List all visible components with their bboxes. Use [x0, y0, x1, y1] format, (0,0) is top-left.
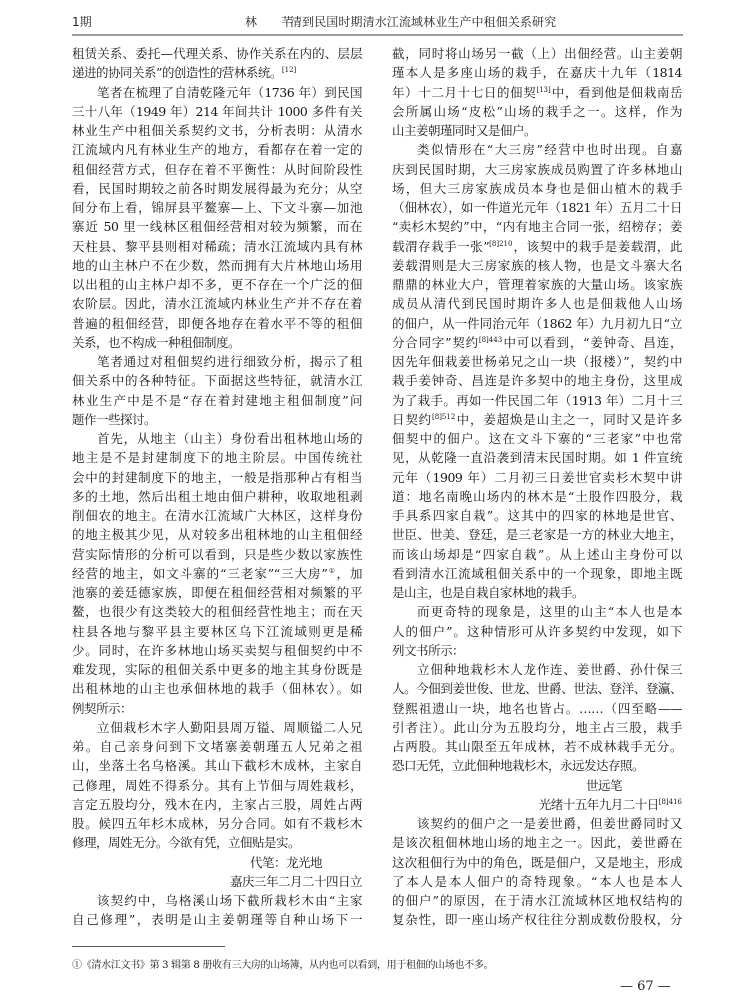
citation-marker: [8]416	[659, 798, 682, 806]
line-text: 光绪十五年九月二十日	[539, 797, 659, 812]
line-text: ，该契中的栽手是姜载渭，此	[512, 239, 682, 254]
contract-scribe-signature: 世远笔	[392, 776, 682, 795]
body-text-line: 地的山主林户不在少数，然而拥有大片林地山场用	[72, 256, 362, 275]
citation-marker: [8]443	[479, 336, 502, 344]
body-text-line: 姜载渭则是大三房家族的核人物，也是文斗寨大名	[392, 256, 682, 275]
body-text-line: 多的土地，然后出租土地由佃户耕种，收取地租剥	[72, 487, 362, 506]
body-text-line: 以出租的山主林户却不多，更不存在一个广泛的佃	[72, 275, 362, 294]
body-text-line: 佃关系中的各种特征。下面据这些特征，就清水江	[72, 371, 362, 390]
body-text-line: 少。同时，在许多林地山场买卖契与租佃契约中不	[72, 641, 362, 660]
body-text-line: 鼎鼎的林业大户，管理着家族的大量山场。该家族	[392, 275, 682, 294]
body-text-line: 的佃户”的原因，在于清水江流域林区地权结构的	[392, 891, 682, 910]
page-number: — 67 —	[620, 978, 671, 996]
body-text-line: 截，同时将山场另一截（上）出佃经营。山主姜朝	[392, 44, 682, 63]
paragraph-first-line: 笔者在梳理了自清乾隆元年（1736 年）到民国	[72, 83, 362, 102]
citation-marker: [12]	[282, 66, 296, 74]
footnote-divider	[72, 946, 225, 947]
body-text-line: 道：地名南晚山场内的林木是“土股作四股分，栽	[392, 487, 682, 506]
body-text-line: 难发现，实际的租佃关系中更多的地主其身份既是	[72, 660, 362, 679]
body-text-line: 地主是不是封建制度下的地主阶层。中国传统社	[72, 448, 362, 467]
body-text-line: 看，民国时期较之前各时期发展得最为充分；从空	[72, 179, 362, 198]
quoted-contract-line: 恐口无凭，立此佃种地栽杉木，永远发达存照。	[392, 756, 682, 775]
line-text: 分合同字”契约	[392, 335, 479, 350]
body-text-line: 经营的地主，如文斗寨的“三老家”“三大房”①，加	[72, 564, 362, 583]
citation-marker: [13]	[536, 86, 550, 94]
body-text-line: 成员从清代到民国时期许多人也是佃栽他人山场	[392, 294, 682, 313]
line-text: 中，看到他是佃栽南岳	[551, 85, 682, 100]
issue-number: 1期	[72, 14, 92, 30]
body-text-line: 见，从乾隆一直沿袭到清末民国时期。如 1 件宣统	[392, 448, 682, 467]
line-text: 日契约	[392, 412, 432, 427]
line-text: 经营的地主，如文斗寨的“三老家”“三大房”	[72, 566, 327, 581]
body-text-line: 三十八年（1949 年）214 年间共计 1000 多件有关	[72, 102, 362, 121]
body-text-line: 自己修理”，表明是山主姜朝瑾等自种山场下一	[72, 910, 362, 929]
body-text-line: 庆到民国时期，大三房家族成员购置了许多林地山	[392, 160, 682, 179]
body-text-line: 分合同字”契约[8]443中可以看到，“姜钟奇、昌连，	[392, 333, 682, 352]
body-text-line: 柱县各地与黎平县主要林区乌下江流域则更是稀	[72, 622, 362, 641]
body-text-line: 佃契中的佃户。这在文斗下寨的“三老家”中也常	[392, 429, 682, 448]
body-text-line: 农阶层。因此，清水江流域内林业生产并不存在着	[72, 294, 362, 313]
body-text-line: 会中的封建制度下的地主，一般是指那种占有相当	[72, 468, 362, 487]
footnote-marker: ①	[327, 567, 336, 575]
body-text-line: 林业生产中是不是“存在着封建地主租佃制度”问	[72, 391, 362, 410]
quoted-contract-line: 弟。自己亲身问到下文堵寨姜朝瑾五人兄弟之祖	[72, 737, 362, 756]
body-text-line: 出租林地的山主也承佃林地的栽手（佃林农）。如	[72, 679, 362, 698]
paragraph-first-line: 类似情形在“大三房”经营中也时出现。自嘉	[392, 140, 682, 159]
body-text-line: 池寨的姜廷德家族，即便在租佃经营相对频繁的平	[72, 583, 362, 602]
header-divider	[72, 34, 683, 36]
quoted-contract-line: 立佃种地栽杉木人龙作连、姜世爵、孙什保三	[392, 660, 682, 679]
body-text-line: 复杂性，即一座山场产权往往分割成数份股权，分	[392, 910, 682, 929]
paragraph-last-line: 关系，也不构成一种租佃制度。	[72, 333, 362, 352]
quoted-contract-line: 立佃栽杉木字人勤阳县周万镒、周顺镒二人兄	[72, 718, 362, 737]
body-text-line: 营实际情形的分析可以看到，只是些少数以家族性	[72, 545, 362, 564]
quoted-contract-line: 山，坐落土名乌格溪。其山下截杉木成林，主家自	[72, 756, 362, 775]
citation-marker: [8]210	[489, 240, 512, 248]
body-text-line: 江流域内凡有林业生产的地方，看都存在着一定的	[72, 140, 362, 159]
quoted-contract-line: 修理，周姓无分。今欲有凭，立佃贴是实。	[72, 833, 362, 852]
body-text-line: 会所属山场“皮松”山场的栽手之一。这样，作为	[392, 102, 682, 121]
paragraph-last-line: 列文书所示：	[392, 641, 682, 660]
body-text-line: 元年（1909 年）二月初三日姜世官卖杉木契中讲	[392, 468, 682, 487]
contract-date: 光绪十五年九月二十日[8]416	[392, 795, 682, 814]
body-text-line: 而该山场却是“四家自栽”。从上述山主身份可以	[392, 545, 682, 564]
body-text-line: 了本人是本人佃户的奇特现象。“本人也是本人	[392, 872, 682, 891]
body-text-line: 的佃户，从一件同治元年（1862 年）九月初九日“立	[392, 314, 682, 333]
footnote: ①《清水江文书》第 3 辑第 8 册收有三大房的山场簿，从内也可以看到，用于租佃…	[72, 959, 493, 973]
body-text-line: 年）十二月十七日的佃契[13]中，看到他是佃栽南岳	[392, 83, 682, 102]
body-text-line: “卖杉木契约”中，“内有地主合同一张，绍榜存；姜	[392, 217, 682, 236]
body-text-line: 这次租佃行为中的角色，既是佃户，又是地主，形成	[392, 853, 682, 872]
body-text-line: 世臣、世美、登廷，是三老家是一方的林业大地主，	[392, 525, 682, 544]
line-text: 中可以看到，“姜钟奇、昌连，	[502, 335, 682, 350]
body-text-line: （佃林农），如一件道光元年（1821 年）五月二十日	[392, 198, 682, 217]
paragraph-first-line: 该契约中，乌格溪山场下截所栽杉木由“主家	[72, 891, 362, 910]
body-text-line: 鳌，也很少有这类较大的租佃经营性地主；而在天	[72, 602, 362, 621]
quoted-contract-line: 人。今佃到姜世俊、世龙、世爵、世法、登洋、登瀛、	[392, 679, 682, 698]
body-text-line: 普遍的租佃经营，即便各地存在着水平不等的租佃	[72, 314, 362, 333]
paragraph-first-line: 笔者通过对租佃契约进行细致分析，揭示了租	[72, 352, 362, 371]
body-text-line: 场，但大三房家族成员本身也是佃山植木的栽手	[392, 179, 682, 198]
right-column: 截，同时将山场另一截（上）出佃经营。山主姜朝 瑾本人是多座山场的栽手，在嘉庆十九…	[392, 44, 682, 930]
body-text-line: 间分布上看，锦屏县平鳌寨—上、下文斗寨—加池	[72, 198, 362, 217]
body-text-line: 削佃农的地主。在清水江流域广大林区，这样身份	[72, 506, 362, 525]
article-title: 清到民国时期清水江流域林业生产中租佃关系研究	[290, 14, 556, 30]
contract-scribe-signature: 代笔：龙光地	[72, 853, 362, 872]
body-text-line: 是该次租佃林地山场的地主之一。因此，姜世爵在	[392, 833, 682, 852]
line-text: ，加	[337, 566, 362, 581]
paragraph-last-line: 是山主，也是自栽自家林地的栽手。	[392, 583, 682, 602]
body-text-line: 租赁关系、委托—代理关系、协作关系在内的、层层	[72, 44, 362, 63]
quoted-contract-line: 言定五股均分，残木在内，主家占三股，周姓占两	[72, 795, 362, 814]
paragraph-first-line: 首先，从地主（山主）身份看出租林地山场的	[72, 429, 362, 448]
line-text: 年）十二月十七日的佃契	[392, 85, 536, 100]
citation-marker: [8]512	[432, 413, 455, 421]
left-column: 租赁关系、委托—代理关系、协作关系在内的、层层 递进的协同关系”的创造性的营林系…	[72, 44, 362, 930]
body-text-line: 瑾本人是多座山场的栽手，在嘉庆十九年（1814	[392, 63, 682, 82]
body-text-line: 递进的协同关系”的创造性的营林系统。[12]	[72, 63, 362, 82]
paragraph-first-line: 而更奇特的现象是，这里的山主“本人也是本	[392, 602, 682, 621]
paragraph-first-line: 该契约的佃户之一是姜世爵，但姜世爵同时又	[392, 814, 682, 833]
body-text-line: 天柱县、黎平县则相对稀疏；清水江流域内具有林	[72, 237, 362, 256]
body-text-line: 人的佃户”。这种情形可从许多契约中发现，如下	[392, 622, 682, 641]
body-text-line: 为了栽手。再如一件民国二年（1913 年）二月十三	[392, 391, 682, 410]
body-text-line: 寨近 50 里一线林区租佃经营相对较为频繁，而在	[72, 217, 362, 236]
paragraph-last-line: 题作一些探讨。	[72, 410, 362, 429]
body-text-line: 日契约[8]512中，姜超焕是山主之一，同时又是许多	[392, 410, 682, 429]
body-text-line: 的地主极其少见，从对较多出租林地的山主租佃经	[72, 525, 362, 544]
line-text: 载渭存栽手一张”	[392, 239, 489, 254]
body-text-line: 租佃经营方式，但存在着不平衡性：从时间阶段性	[72, 160, 362, 179]
quoted-contract-line: 占两股。其山限至五年成林，若不成林栽手无分。	[392, 737, 682, 756]
quoted-contract-line: 登熙祖遗山一块，地名也皆占。……（四至略——	[392, 699, 682, 718]
body-text-line: 手具系四家自栽”。这其中的四家的林地是世官、	[392, 506, 682, 525]
body-text-line: 林业生产中租佃关系契约文书，分析表明：从清水	[72, 121, 362, 140]
quoted-contract-line: 引者注）。此山分为五股均分，地主占三股，栽手	[392, 718, 682, 737]
body-text-line: 因先年佃栽姜世杨弟兄之山一块（报楼）”，契约中	[392, 352, 682, 371]
contract-date: 嘉庆三年二月二十四日立	[72, 872, 362, 891]
line-text: 中，姜超焕是山主之一，同时又是许多	[455, 412, 682, 427]
body-text-line: 看到清水江流域租佃关系中的一个现象，即地主既	[392, 564, 682, 583]
paragraph-last-line: 例契所示：	[72, 699, 362, 718]
line-text: 递进的协同关系”的创造性的营林系统。	[72, 65, 282, 80]
quoted-contract-line: 己修理，周姓不得系分。其有上节佃与周姓栽杉，	[72, 776, 362, 795]
body-text-line: 栽手姜钟奇、昌连是许多契中的地主身份，这里成	[392, 371, 682, 390]
paragraph-last-line: 山主姜朝瑾同时又是佃户。	[392, 121, 682, 140]
body-text-line: 载渭存栽手一张”[8]210，该契中的栽手是姜载渭，此	[392, 237, 682, 256]
quoted-contract-line: 股。候四五年杉木成林，另分合同。如有不栽杉木	[72, 814, 362, 833]
